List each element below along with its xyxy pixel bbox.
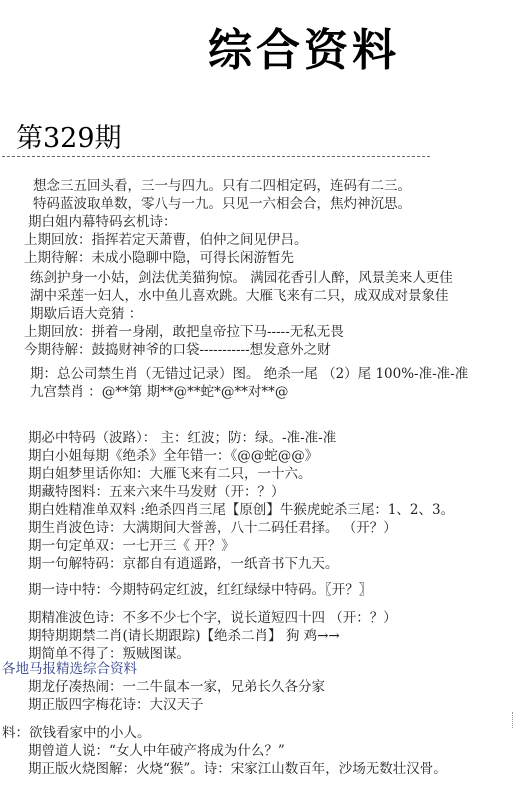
list-item: 料：欲钱看家中的小人。: [2, 725, 151, 742]
scan-artifact: [512, 712, 517, 728]
divider: [2, 156, 430, 157]
list-item: 期藏特图料：五来六来牛马发财（开：？）: [28, 484, 285, 501]
list-item: 期龙仔凑热闹：一二牛鼠本一家，兄弟长久各分家: [28, 679, 325, 696]
list-item: 期一句定单双：一七开三《 开？》: [28, 538, 235, 555]
list-item: 期正版四字梅花诗：大汉天子: [28, 697, 204, 714]
list-item: 期曾道人说：“女人中年破产将成为什么？”: [28, 743, 285, 760]
list-item: 期特期期禁二肖(请长期跟踪)【绝杀二肖】 狗 鸡→→: [28, 628, 340, 645]
issue-number: 第329期: [16, 116, 122, 155]
pending-answer: 今期待解：鼓捣财神爷的口袋-----------想发意外之财: [24, 342, 331, 359]
nine-palace-line: 九宫禁肖 ：@**第 期**@**蛇*@**对**@: [30, 384, 288, 401]
list-item: 期生肖波色诗：大满期间大誉善，八十二码任君择。 （开？）: [28, 520, 397, 537]
list-item: 期白姓精准单双料 :绝杀四肖三尾【原创】牛猴虎蛇杀三尾：1、2、3。: [28, 502, 454, 519]
page-title: 综合资料: [208, 14, 400, 78]
last-review: 上期回放：拼着一身剐，敢把皇帝拉下马-----无私无畏: [24, 324, 344, 341]
poem-line: 想念三五回头看，三一与四九。只有二四相定码，连码有二三。: [33, 178, 411, 195]
section-heading: 各地马报精选综合资料: [2, 661, 137, 678]
poem-line: 练剑护身一小姑，剑法优美猫狗惊。 满园花香引人醉，风景美来人更佳: [30, 270, 453, 287]
list-item: 期白小姐每期《绝杀》全年错一：《@@蛇@@》: [28, 448, 318, 465]
list-item: 期必中特码（波路）： 主：红波；防：绿。-准-准-准: [28, 430, 336, 447]
poem-line: 特码蓝波取单数，零八与一九。只见一六相会合，焦灼神沉思。: [33, 196, 411, 213]
list-item: 期白姐梦里话你知：大雁飞来有二只，一十六。: [28, 466, 312, 483]
list-item: 期精准波色诗：不多不少七个字，说长道短四十四 （开：？）: [28, 610, 397, 627]
last-review: 上期回放：指挥若定天萧曹，伯仲之间见伊吕。: [24, 232, 308, 249]
section-heading: 期歇后语大竞猜 ：: [30, 306, 142, 323]
list-item: 期正版火烧图解：火烧“猴”。诗：宋家江山数百年，沙场无数壮汉骨。: [28, 761, 447, 778]
forbidden-zodiac-line: 期：总公司禁生肖（无错过记录）图。 绝杀一尾 （2）尾 100%-准-准-准: [30, 366, 468, 383]
pending-answer: 上期待解：未成小隐聊中隐，可得长闲游暂先: [24, 250, 294, 267]
list-item: 期一诗中特：今期特码定红波，红红绿绿中特码。〖开？〗: [28, 582, 372, 599]
section-heading: 期白姐内幕特码玄机诗：: [28, 214, 177, 231]
poem-line: 湖中采莲一妇人，水中鱼儿喜欢跳。大雁飞来有二只，成双成对景象佳: [30, 288, 449, 305]
list-item: 期一句解特码：京都自有逍遥路，一纸音书下九天。: [28, 556, 339, 573]
